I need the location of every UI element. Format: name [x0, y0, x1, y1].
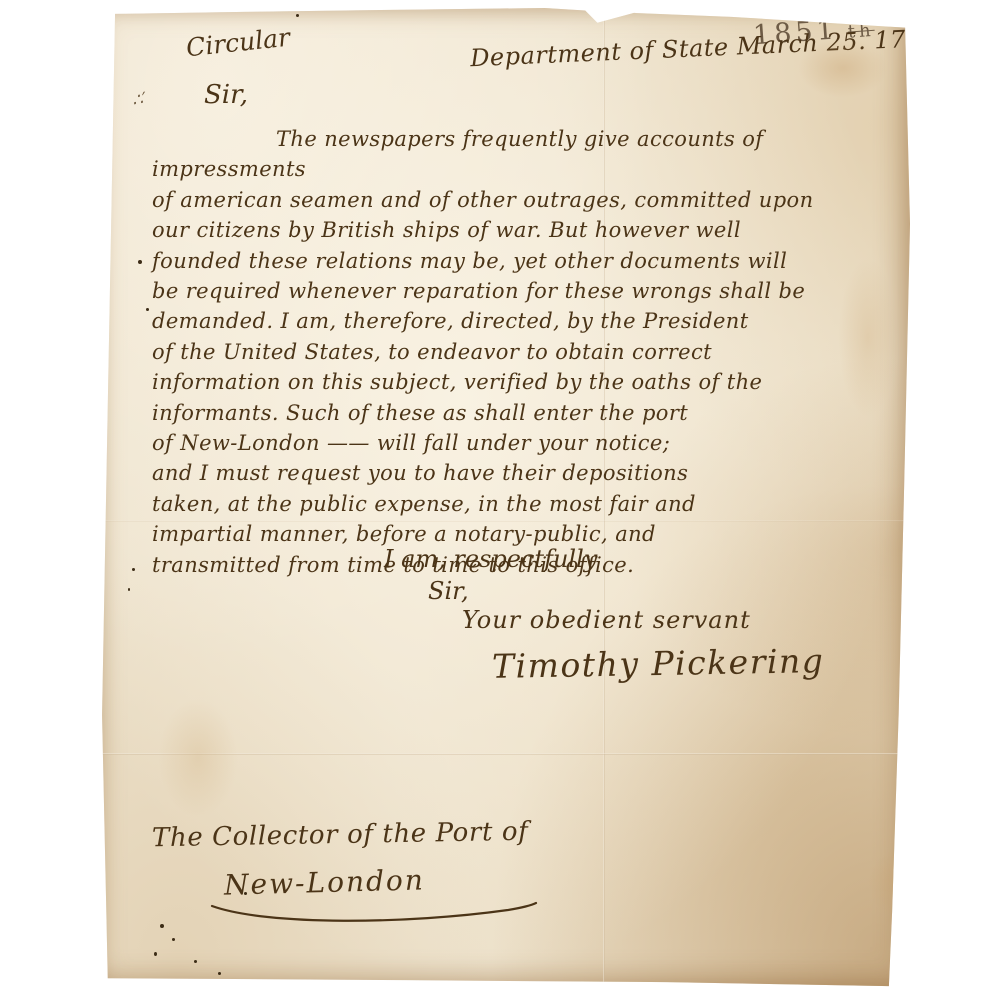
salutation: Sir,: [204, 80, 248, 110]
letter-body: The newspapers frequently give accounts …: [152, 124, 914, 580]
closing-line: Your obedient servant: [462, 606, 751, 634]
stain: [798, 38, 888, 98]
body-line: founded these relations may be, yet othe…: [152, 246, 914, 276]
body-line: of the United States, to endeavor to obt…: [152, 337, 914, 367]
closing-line: I am, respectfully: [384, 545, 597, 573]
ink-speck: [194, 960, 197, 963]
ink-speck: [218, 972, 221, 975]
signature: Timothy Pickering: [492, 641, 825, 686]
ink-speck: [244, 892, 247, 895]
document-photo: Circular 1851th Department of State Marc…: [0, 0, 1000, 1000]
ink-speck: [172, 938, 175, 941]
stain: [838, 258, 898, 418]
body-line: and I must request you to have their dep…: [152, 458, 914, 488]
ink-speck: [154, 952, 157, 956]
body-line: of american seamen and of other outrages…: [152, 185, 914, 215]
circular-label: Circular: [185, 23, 291, 63]
body-line: of New-London —— will fall under your no…: [152, 428, 914, 458]
closing-line: Sir,: [428, 577, 469, 605]
ink-speck: [146, 308, 149, 311]
stain: [868, 848, 938, 918]
body-line: demanded. I am, therefore, directed, by …: [152, 306, 914, 336]
ink-speck: [132, 568, 135, 571]
ink-blot-mark: ∴′: [130, 89, 148, 111]
ink-speck: [296, 14, 299, 17]
body-line: be required whenever reparation for thes…: [152, 276, 914, 306]
ink-speck: [128, 588, 130, 591]
body-line: taken, at the public expense, in the mos…: [152, 489, 914, 519]
underline-flourish: [208, 900, 538, 926]
stain: [158, 698, 238, 818]
body-line: The newspapers frequently give accounts …: [152, 124, 914, 185]
body-line: informants. Such of these as shall enter…: [152, 398, 914, 428]
address-line: The Collector of the Port of: [152, 817, 529, 854]
ink-speck: [160, 924, 164, 928]
body-line: our citizens by British ships of war. Bu…: [152, 215, 914, 245]
body-line: information on this subject, verified by…: [152, 367, 914, 397]
ink-speck: [138, 260, 142, 264]
letter-paper: Circular 1851th Department of State Marc…: [98, 8, 910, 990]
address-line: New-London: [224, 863, 426, 901]
